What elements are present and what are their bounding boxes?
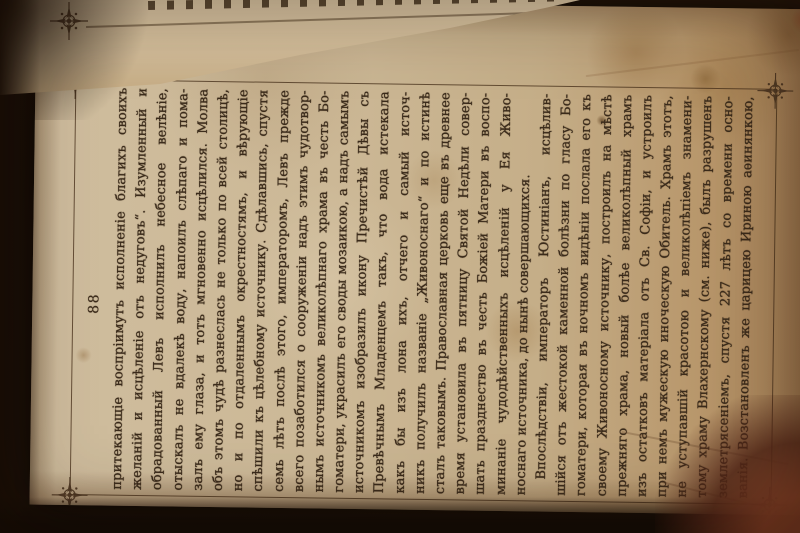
corner-ornament-icon bbox=[757, 73, 793, 109]
facing-page-text-edge bbox=[148, 0, 558, 10]
corner-ornament-icon bbox=[50, 2, 88, 40]
text-block: притекающіе воспріимутъ исполненіе благи… bbox=[108, 88, 760, 499]
corner-ornament-icon bbox=[51, 477, 87, 513]
photo-of-book-page: 88 притекающіе воспріимутъ исполненіе бл… bbox=[0, 0, 800, 533]
